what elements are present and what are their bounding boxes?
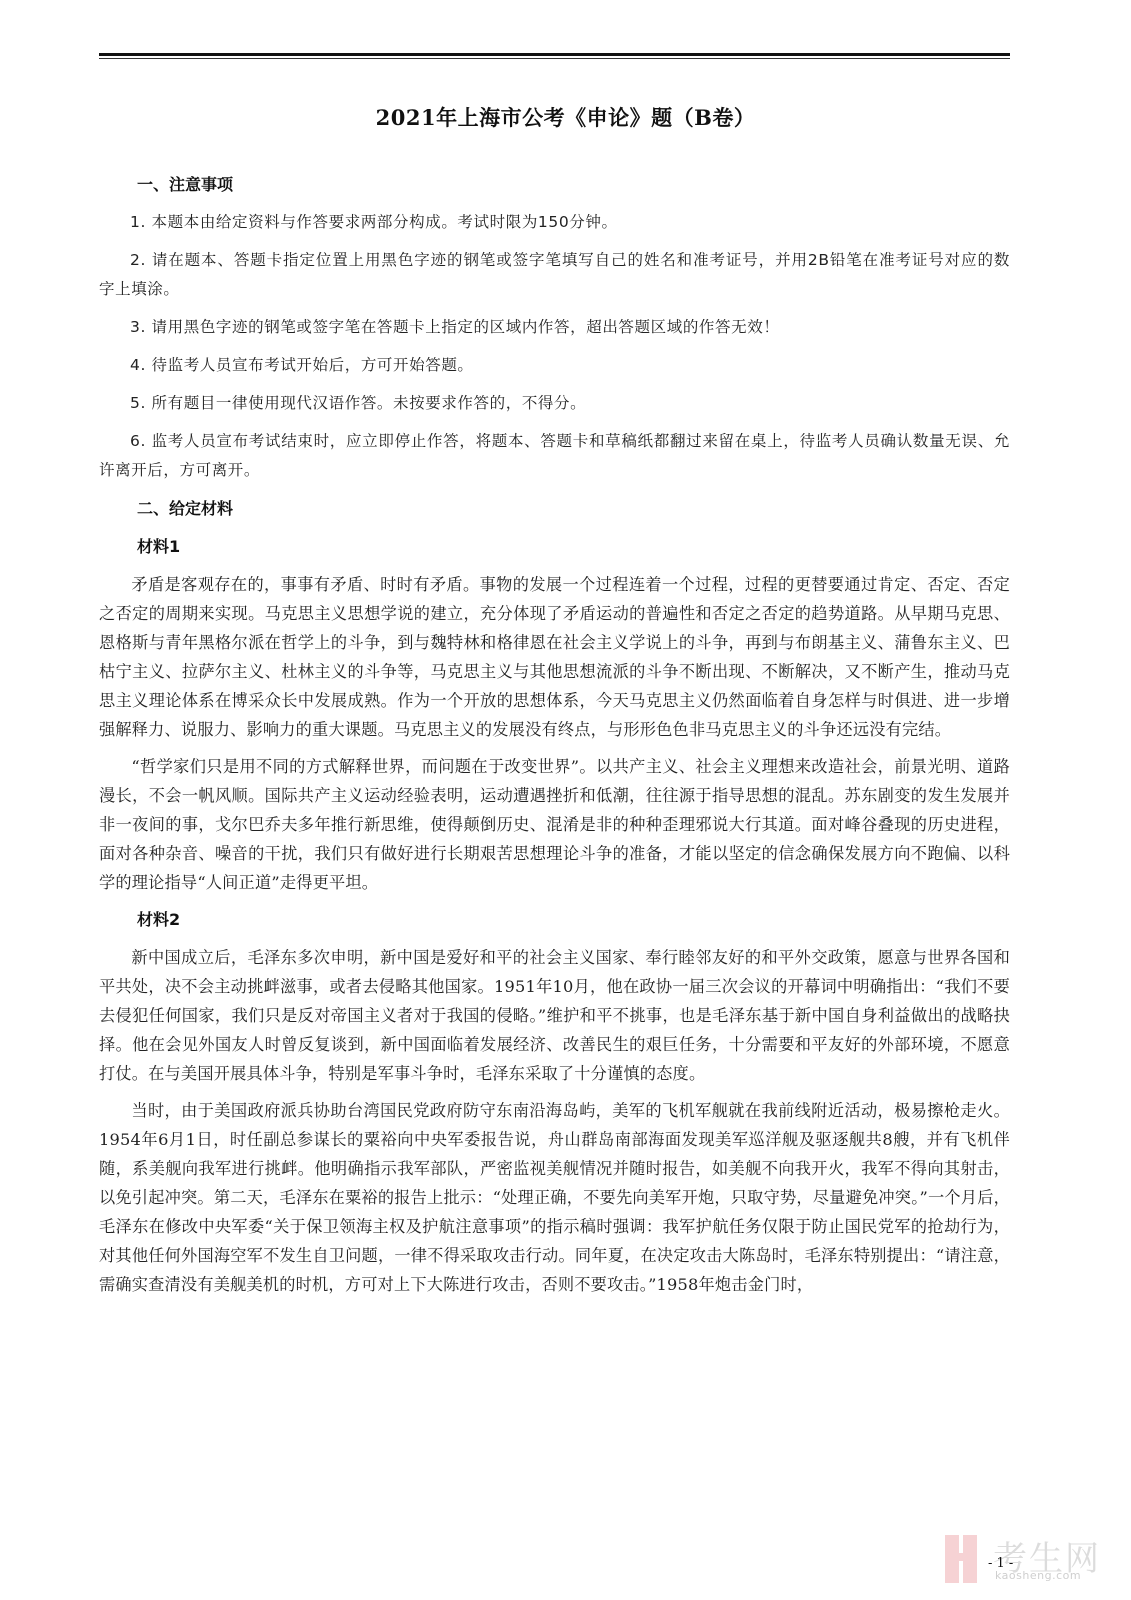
kaosheng-logo-icon xyxy=(945,1535,985,1583)
header-rule-thick xyxy=(99,53,1010,56)
notice-item-2: 2. 请在题本、答题卡指定位置上用黑色字迹的钢笔或签字笔填写自己的姓名和准考证号… xyxy=(99,246,1010,304)
notice-item-5: 5. 所有题目一律使用现代汉语作答。未按要求作答的，不得分。 xyxy=(99,389,1010,418)
material-2-paragraph-1: 新中国成立后，毛泽东多次申明，新中国是爱好和平的社会主义国家、奉行睦邻友好的和平… xyxy=(99,943,1010,1088)
document-body: 一、注意事项 1. 本题本由给定资料与作答要求两部分构成。考试时限为150分钟。… xyxy=(99,170,1010,1307)
document-title: 2021年上海市公考《申论》题（B卷） xyxy=(0,102,1131,132)
section-heading-notice: 一、注意事项 xyxy=(99,170,1010,199)
notice-item-3: 3. 请用黑色字迹的钢笔或签字笔在答题卡上指定的区域内作答，超出答题区域的作答无… xyxy=(99,313,1010,342)
material-2-label: 材料2 xyxy=(99,905,1010,934)
header-rule-thin xyxy=(99,58,1010,59)
material-1-paragraph-1: 矛盾是客观存在的，事事有矛盾、时时有矛盾。事物的发展一个过程连着一个过程，过程的… xyxy=(99,570,1010,744)
page-number: - 1 - xyxy=(988,1556,1013,1571)
material-1-label: 材料1 xyxy=(99,532,1010,561)
notice-item-6: 6. 监考人员宣布考试结束时，应立即停止作答，将题本、答题卡和草稿纸都翻过来留在… xyxy=(99,427,1010,485)
notice-item-1: 1. 本题本由给定资料与作答要求两部分构成。考试时限为150分钟。 xyxy=(99,208,1010,237)
notice-item-4: 4. 待监考人员宣布考试开始后，方可开始答题。 xyxy=(99,351,1010,380)
watermark: 考生网 kaosheng.com xyxy=(945,1535,1125,1587)
section-heading-materials: 二、给定材料 xyxy=(99,494,1010,523)
material-2-paragraph-2: 当时，由于美国政府派兵协助台湾国民党政府防守东南沿海岛屿，美军的飞机军舰就在我前… xyxy=(99,1096,1010,1299)
material-1-paragraph-2: “哲学家们只是用不同的方式解释世界，而问题在于改变世界”。以共产主义、社会主义理… xyxy=(99,752,1010,897)
